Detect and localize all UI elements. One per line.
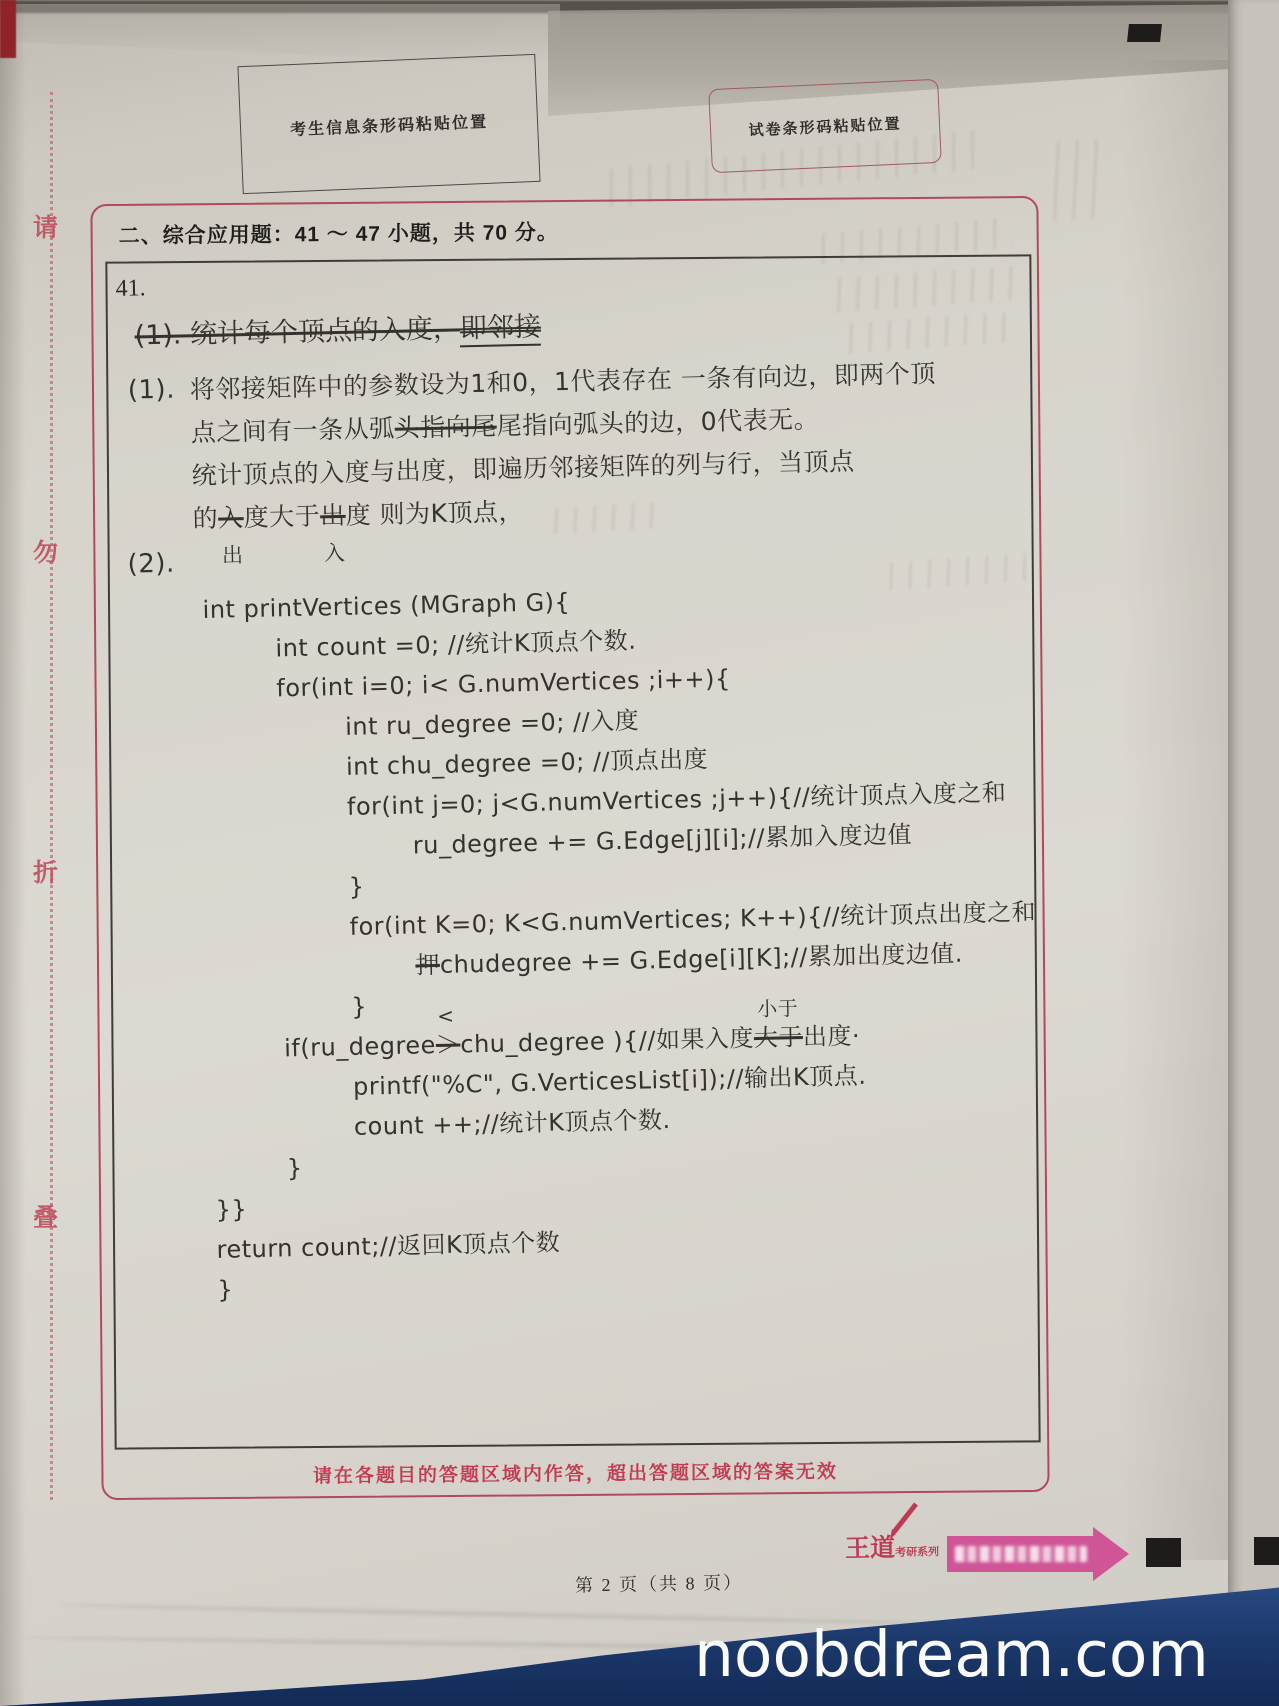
question-number: 41. (115, 275, 146, 303)
handwriting-segment: 出入 (320, 494, 346, 538)
paper-bend-shadow (1120, 60, 1228, 1560)
site-watermark: noobdream.com (694, 1618, 1209, 1691)
registration-mark (1254, 1537, 1279, 1565)
paper-left-edge-shadow (0, 0, 26, 1706)
handwriting-segment: } (286, 1148, 303, 1188)
part1-paragraph: 将邻接矩阵中的参数设为1和0，1代表存在 一条有向边，即两个顶点之间有一条从弧头… (189, 350, 1029, 540)
handwriting-segment: count ++;//统计K顶点个数. (354, 1100, 671, 1147)
handwriting-segment: 尾指向弧头的边，0代表无。 (496, 398, 819, 448)
brand-series: 考研系列 (895, 1545, 939, 1559)
handwriting-segment: if(ru_degree (284, 1025, 437, 1068)
handwriting-segment: 度大于 (243, 494, 320, 539)
handwriting-segment: 出度· (802, 1016, 860, 1057)
red-corner-registration-mark (0, 0, 16, 58)
correction-char: < (437, 996, 455, 1036)
handwriting-segment: 头指向尾 (394, 405, 497, 450)
fold-dotted-line (50, 92, 53, 1500)
handwriting-segment: return count;//返回K顶点个数 (216, 1222, 561, 1269)
handwriting-segment: } (348, 867, 365, 907)
registration-mark (1127, 24, 1162, 42)
handwriting-segment: 度 则为K顶点， (345, 490, 524, 537)
registration-mark (1146, 1538, 1181, 1567)
crossed-out-line: (1). 统计每个顶点的入度，即邻接 (134, 305, 541, 355)
handwriting-segment: 押 (415, 945, 440, 986)
paper-barcode-label: 试卷条形码粘贴位置 (748, 112, 902, 140)
brand-name: 王道 (845, 1535, 895, 1563)
handwriting-segment: int ru_degree =0; //入度 (345, 701, 640, 747)
handwritten-answer: 41. (1). 统计每个顶点的入度，即邻接 (1). 将邻接矩阵中的参数设为1… (99, 250, 1047, 1454)
handwriting-segment: ＞< (435, 1025, 460, 1066)
part1-label: (1). (128, 375, 176, 406)
handwriting-segment: } (217, 1270, 234, 1310)
handwriting-segment: chu_degree ){//如果入度 (460, 1018, 754, 1064)
page-number: 第 2 页（共 8 页） (575, 1569, 743, 1598)
correction-char: 入 (324, 532, 346, 575)
section-title: 二、综合应用题：41 ～ 47 小题，共 70 分。 (119, 216, 559, 250)
fold-char: 勿 (33, 533, 58, 569)
handwritten-code-block: int printVertices (MGraph G){int count =… (202, 572, 1044, 1310)
bleed-through-smudge (1046, 138, 1110, 221)
underlying-page-edge (1228, 0, 1279, 1640)
handwriting-segment: 大于小于 (753, 1017, 803, 1058)
handwriting-segment: 点之间有一条从弧 (190, 407, 395, 454)
answer-region-warning: 请在各题目的答题区域内作答，超出答题区域的答案无效 (103, 1455, 1047, 1490)
part2-label: (2). (127, 549, 175, 580)
correction-char: 出 (222, 534, 244, 577)
correction-char: 小于 (757, 988, 799, 1029)
handwriting-segment: } (351, 987, 368, 1027)
pink-arrow-head (1093, 1527, 1129, 1581)
paper-barcode-box: 试卷条形码粘贴位置 (708, 79, 942, 173)
candidate-barcode-label: 考生信息条形码粘贴位置 (290, 108, 489, 139)
handwriting-segment: (1). 统计每个顶点的入度， (134, 306, 460, 352)
wangdao-brand: 王道考研系列 (845, 1527, 940, 1565)
handwriting-segment: 即邻接 (459, 305, 541, 348)
answer-writing-box: 41. (1). 统计每个顶点的入度，即邻接 (1). 将邻接矩阵中的参数设为1… (105, 254, 1040, 1449)
exam-answer-sheet-photo: 请勿折叠 考生信息条形码粘贴位置 试卷条形码粘贴位置 二、综合应用题：41 ～ … (0, 0, 1279, 1706)
handwriting-segment: 入出 (218, 496, 244, 540)
handwriting-segment: }} (215, 1189, 247, 1230)
pink-arrow-banner (947, 1536, 1095, 1572)
fold-char: 请 (33, 208, 58, 244)
banner-illegible-text (955, 1546, 1087, 1562)
fold-char: 折 (33, 853, 58, 889)
handwriting-segment: 的 (192, 497, 218, 541)
candidate-barcode-box: 考生信息条形码粘贴位置 (237, 54, 540, 194)
fold-char: 叠 (33, 1198, 58, 1234)
